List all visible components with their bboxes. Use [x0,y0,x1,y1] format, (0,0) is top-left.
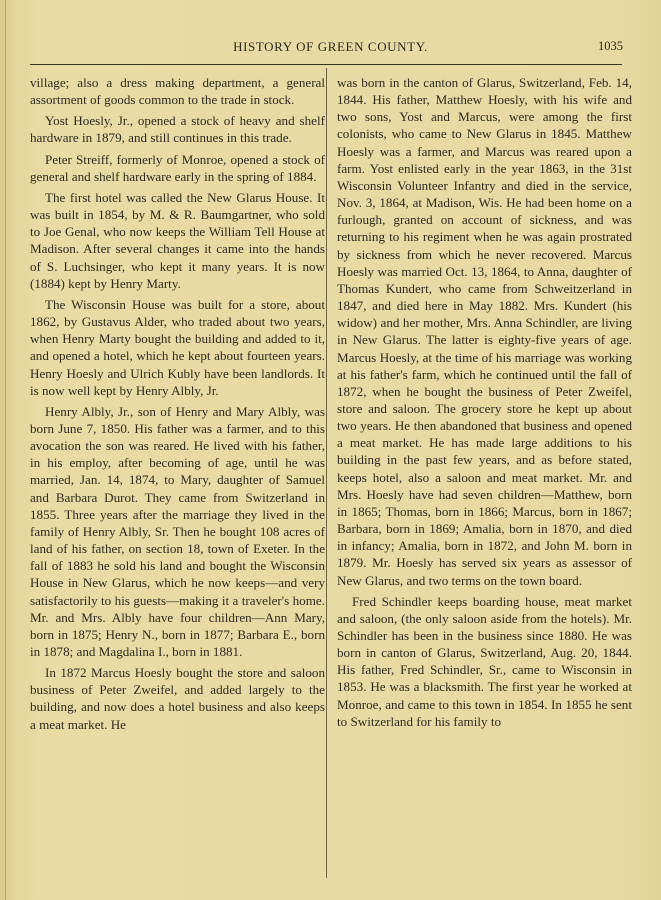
paragraph: In 1872 Marcus Hoesly bought the store a… [30,664,325,733]
header-rule [30,64,622,65]
page-binding-edge [5,0,6,900]
page-header: HISTORY OF GREEN COUNTY. 1035 [0,34,661,58]
left-column: village; also a dress making department,… [30,74,325,737]
right-column: was born in the canton of Glarus, Switze… [337,74,632,734]
paragraph: was born in the canton of Glarus, Switze… [337,74,632,589]
column-divider [326,68,327,878]
paragraph: Fred Schindler keeps boarding house, mea… [337,593,632,730]
paragraph: Peter Streiff, formerly of Monroe, opene… [30,151,325,185]
paragraph: The Wisconsin House was built for a stor… [30,296,325,399]
running-title: HISTORY OF GREEN COUNTY. [0,39,661,55]
paragraph: The first hotel was called the New Glaru… [30,189,325,292]
paragraph: Henry Albly, Jr., son of Henry and Mary … [30,403,325,660]
paragraph: village; also a dress making department,… [30,74,325,108]
page-number: 1035 [598,39,623,54]
paragraph: Yost Hoesly, Jr., opened a stock of heav… [30,112,325,146]
